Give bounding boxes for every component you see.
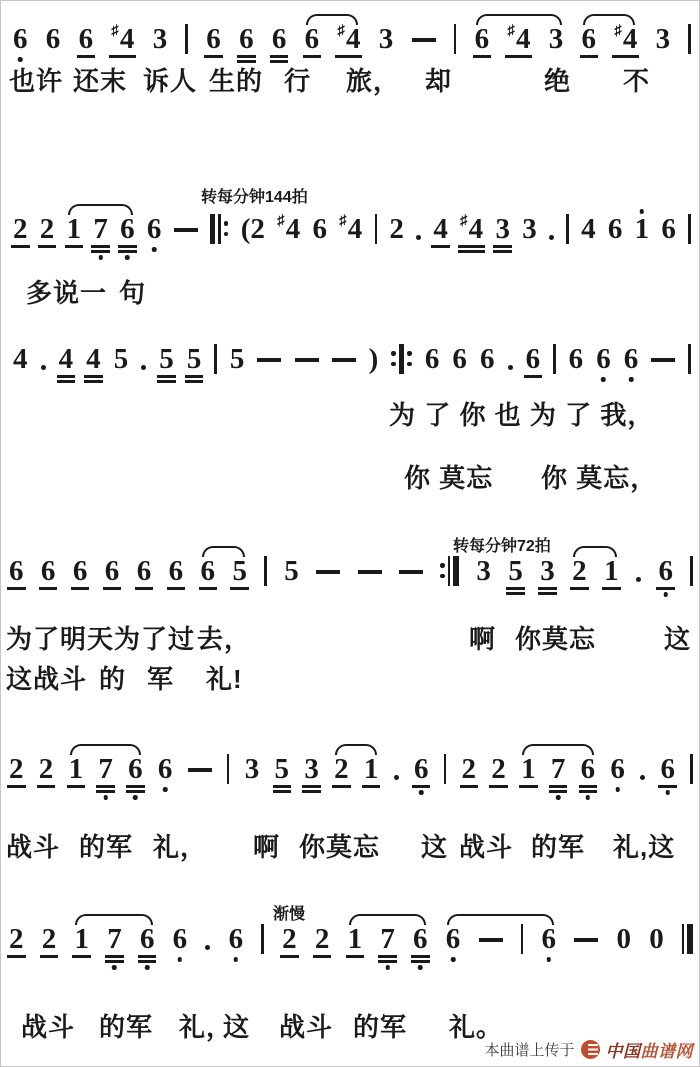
- note-number: 1: [69, 753, 84, 785]
- beam-underline: [118, 245, 137, 248]
- lyric-segment: 你 莫忘，: [541, 458, 657, 495]
- music-line-5: 2217663532162217666: [9, 753, 693, 795]
- beam-underline: [612, 55, 639, 58]
- note-number: 4: [433, 213, 448, 245]
- note-number: 5: [284, 555, 299, 587]
- low-octave-dot: [418, 965, 423, 970]
- low-octave-dot: [103, 795, 108, 800]
- note-token: 2: [9, 753, 24, 785]
- lyric-segment: 去，: [197, 619, 251, 656]
- beam-underline: [538, 587, 557, 590]
- repeat-dots: [224, 221, 229, 236]
- note-token: 6: [660, 753, 675, 785]
- note-number: 2: [39, 753, 54, 785]
- beam-underline: [378, 955, 397, 958]
- beam-underline: [157, 375, 176, 378]
- note-number: 7: [93, 213, 108, 245]
- beam-underline: [579, 785, 598, 788]
- low-octave-dot: [601, 377, 606, 382]
- augmentation-dot: [549, 235, 554, 240]
- note-number: 6: [206, 23, 221, 55]
- beam-underline: [489, 785, 508, 788]
- note-number: 6: [169, 555, 184, 587]
- beam-underline: [473, 55, 492, 58]
- note-token: 5: [275, 753, 290, 785]
- note-number: 6: [541, 923, 556, 955]
- low-octave-dot: [125, 255, 130, 260]
- low-octave-dot: [419, 790, 424, 795]
- note-number: 6: [624, 343, 639, 375]
- beam-underline: [302, 790, 321, 793]
- note-token: 6: [446, 923, 461, 955]
- beam-underline: [7, 955, 26, 958]
- note-token: (2: [241, 213, 265, 245]
- lyric-segment: 这: [223, 1007, 250, 1044]
- note-token: 7: [551, 753, 566, 785]
- beam-underline: [84, 380, 103, 383]
- note-number: 6: [272, 23, 287, 55]
- lyric-segment: 旅，: [346, 61, 400, 98]
- note-token: 6: [425, 343, 440, 375]
- beam-underline: [204, 55, 223, 58]
- beam-underline: [11, 245, 30, 248]
- beam-underline: [7, 785, 26, 788]
- beam-underline: [135, 587, 154, 590]
- barline: [553, 344, 556, 374]
- note-token: 2: [39, 753, 54, 785]
- beam-underline: [96, 785, 115, 788]
- low-octave-dot: [178, 957, 183, 962]
- note-token: 5: [230, 343, 245, 375]
- sheet-music-page: 本曲谱上传于 中国曲谱网 666♯436666♯436♯436♯43221766…: [0, 0, 700, 1067]
- barline: [688, 214, 691, 244]
- note-number: 2: [491, 753, 506, 785]
- low-octave-dot: [234, 957, 239, 962]
- note-number: 5: [232, 555, 247, 587]
- lyric-segment: 这战斗: [6, 659, 87, 696]
- lyric-segment: 的军: [99, 1007, 153, 1044]
- note-token: 6: [105, 555, 120, 587]
- note-token: 6: [526, 343, 541, 375]
- low-octave-dot: [451, 957, 456, 962]
- beam-underline: [126, 790, 145, 793]
- barline: [261, 924, 264, 954]
- beam-underline: [77, 55, 96, 58]
- note-number: 6: [608, 213, 623, 245]
- note-token: ♯4: [507, 23, 530, 55]
- tie-arc: [306, 14, 358, 25]
- beam-underline: [40, 955, 59, 958]
- duration-dash: [316, 570, 340, 574]
- note-number: 2: [9, 923, 24, 955]
- beam-underline: [67, 785, 86, 788]
- note-number: 1: [521, 753, 536, 785]
- note-number: 3: [495, 213, 510, 245]
- note-number: 7: [551, 753, 566, 785]
- high-octave-dot: [640, 209, 645, 214]
- lyric-segment: 句: [119, 273, 146, 310]
- note-token: 2: [282, 923, 297, 955]
- note-token: 2: [13, 213, 28, 245]
- note-number: 2: [462, 753, 477, 785]
- note-token: 7: [98, 753, 113, 785]
- barline: [454, 24, 457, 54]
- augmentation-dot: [205, 945, 210, 950]
- note-token: 5: [232, 555, 247, 587]
- note-token: 5: [159, 343, 174, 375]
- note-token: 6: [569, 343, 584, 375]
- tie-arc: [335, 744, 377, 755]
- augmentation-dot: [416, 235, 421, 240]
- note-number: 6: [13, 23, 28, 55]
- note-number: 1: [67, 213, 82, 245]
- note-number: 1: [364, 753, 379, 785]
- beam-underline: [538, 592, 557, 595]
- thin-barline: [682, 924, 685, 954]
- note-token: 6: [158, 753, 173, 785]
- note-token: 3: [549, 23, 564, 55]
- low-octave-dot: [145, 965, 150, 970]
- augmentation-dot: [640, 775, 645, 780]
- beam-underline: [185, 380, 204, 383]
- barline: [690, 556, 693, 586]
- note-number: 4: [516, 23, 531, 55]
- tie-arc: [476, 14, 562, 25]
- low-octave-dot: [385, 965, 390, 970]
- sharp-icon: ♯: [339, 214, 347, 229]
- lyric-segment: 这: [421, 827, 448, 864]
- beam-underline: [411, 960, 430, 963]
- note-number: 2: [40, 213, 55, 245]
- lyric-segment: 礼，: [153, 827, 207, 864]
- lyric-segment: 战斗: [21, 1007, 75, 1044]
- beam-underline: [303, 55, 322, 58]
- note-number: 2: [9, 753, 24, 785]
- lyric-segment: 你莫忘: [515, 619, 596, 656]
- beam-underline: [96, 790, 115, 793]
- beam-underline: [109, 55, 136, 58]
- lyric-segment: 为 了 你 也 为 了 我，: [389, 395, 654, 432]
- note-token: 6: [480, 343, 495, 375]
- lyric-segment: 的: [99, 659, 126, 696]
- note-number: 6: [581, 753, 596, 785]
- note-number: 4: [346, 23, 361, 55]
- note-number: 5: [508, 555, 523, 587]
- beam-underline: [458, 250, 485, 253]
- duration-dash: [174, 228, 198, 232]
- barline: [688, 24, 691, 54]
- note-number: 4: [469, 213, 484, 245]
- note-token: 6: [596, 343, 611, 375]
- barline: [214, 344, 217, 374]
- note-token: 5: [114, 343, 129, 375]
- note-token: 4: [13, 343, 28, 375]
- beam-underline: [199, 587, 218, 590]
- note-token: 0: [649, 923, 664, 955]
- note-token: 6: [120, 213, 135, 245]
- note-number: 4: [120, 23, 135, 55]
- low-octave-dot: [152, 247, 157, 252]
- repeat-dots: [440, 563, 445, 578]
- note-token: 6: [13, 23, 28, 55]
- note-number: 6: [158, 753, 173, 785]
- note-number: 6: [596, 343, 611, 375]
- barline: [566, 214, 569, 244]
- note-token: 6: [79, 23, 94, 55]
- beam-underline: [273, 785, 292, 788]
- note-token: 6: [206, 23, 221, 55]
- note-number: 5: [275, 753, 290, 785]
- note-token: 3: [153, 23, 168, 55]
- beam-underline: [105, 955, 124, 958]
- note-number: 3: [522, 213, 537, 245]
- note-token: 6: [661, 213, 676, 245]
- note-number: 2: [315, 923, 330, 955]
- note-number: 6: [413, 923, 428, 955]
- note-number: 6: [569, 343, 584, 375]
- note-token: ♯4: [460, 213, 483, 245]
- beam-underline: [519, 785, 538, 788]
- note-token: 6: [169, 555, 184, 587]
- beam-underline: [493, 250, 512, 253]
- beam-underline: [270, 55, 289, 58]
- beam-underline: [493, 245, 512, 248]
- note-number: 6: [79, 23, 94, 55]
- note-number: 5: [230, 343, 245, 375]
- beam-underline: [138, 955, 157, 958]
- note-token: 2: [9, 923, 24, 955]
- note-token: 6: [414, 753, 429, 785]
- lyric-segment: 行: [284, 61, 311, 98]
- beam-underline: [658, 785, 677, 788]
- note-number: 0: [649, 923, 664, 955]
- barline: [375, 214, 378, 244]
- note-token: 2: [315, 923, 330, 955]
- beam-underline: [118, 250, 137, 253]
- note-number: 5: [159, 343, 174, 375]
- note-number: 1: [604, 555, 619, 587]
- music-line-3: 4445555)6666666: [13, 343, 691, 385]
- repeat-dot: [440, 574, 445, 579]
- note-token: 6: [239, 23, 254, 55]
- duration-dash: [412, 38, 436, 42]
- note-token: 6: [541, 923, 556, 955]
- note-token: 6: [140, 923, 155, 955]
- augmentation-dot: [141, 365, 146, 370]
- note-token: 6: [41, 555, 56, 587]
- note-number: 4: [623, 23, 638, 55]
- note-token: 6: [312, 213, 327, 245]
- beam-underline: [37, 785, 56, 788]
- tie-arc: [522, 744, 594, 755]
- beam-underline: [105, 960, 124, 963]
- beam-underline: [38, 245, 57, 248]
- sharp-icon: ♯: [337, 24, 345, 39]
- barline: [688, 344, 691, 374]
- note-token: 5: [284, 555, 299, 587]
- note-token: 3: [245, 753, 260, 785]
- lyric-segment: 这: [664, 619, 691, 656]
- tie-arc: [202, 546, 245, 557]
- note-token: 1: [67, 213, 82, 245]
- note-number: 6: [312, 213, 327, 245]
- tie-arc: [573, 546, 617, 557]
- note-number: 2: [13, 213, 28, 245]
- note-token: 2: [42, 923, 57, 955]
- note-number: 6: [105, 555, 120, 587]
- repeat-dot: [224, 221, 229, 226]
- note-token: 7: [107, 923, 122, 955]
- lyric-segment: 不: [623, 61, 650, 98]
- note-token: 3: [540, 555, 555, 587]
- barline: [227, 754, 230, 784]
- low-octave-dot: [629, 377, 634, 382]
- note-number: 6: [475, 23, 490, 55]
- note-number: 6: [140, 923, 155, 955]
- note-number: 6: [610, 753, 625, 785]
- note-number: 2: [334, 753, 349, 785]
- note-token: 4: [59, 343, 74, 375]
- note-number: 3: [476, 555, 491, 587]
- thick-barline: [453, 556, 459, 586]
- note-token: 6: [610, 753, 625, 785]
- thin-barline: [218, 214, 221, 244]
- site-name-part2: 曲谱网: [641, 1042, 694, 1061]
- note-number: 1: [348, 923, 363, 955]
- beam-underline: [230, 587, 249, 590]
- note-token: 6: [272, 23, 287, 55]
- sharp-icon: ♯: [507, 24, 515, 39]
- note-token: 0: [616, 923, 631, 955]
- lyric-segment: 的军: [79, 827, 133, 864]
- note-number: 6: [41, 555, 56, 587]
- note-token: 6: [582, 23, 597, 55]
- beam-underline: [57, 375, 76, 378]
- beam-underline: [412, 785, 431, 788]
- note-number: 6: [137, 555, 152, 587]
- beam-underline: [157, 380, 176, 383]
- note-token: 6: [413, 923, 428, 955]
- note-number: 3: [379, 23, 394, 55]
- note-token: 3: [476, 555, 491, 587]
- sharp-icon: ♯: [614, 24, 622, 39]
- note-token: 6: [229, 923, 244, 955]
- note-token: 6: [147, 213, 162, 245]
- note-token: ): [369, 343, 379, 375]
- note-number: 6: [446, 923, 461, 955]
- beam-underline: [72, 955, 91, 958]
- beam-underline: [505, 55, 532, 58]
- beam-underline: [346, 955, 365, 958]
- beam-underline: [126, 785, 145, 788]
- note-number: 6: [173, 923, 188, 955]
- beam-underline: [458, 245, 485, 248]
- note-number: 1: [635, 213, 650, 245]
- note-token: 2: [334, 753, 349, 785]
- beam-underline: [332, 785, 351, 788]
- note-number: 4: [348, 213, 363, 245]
- note-token: 6: [128, 753, 143, 785]
- duration-dash: [188, 768, 212, 772]
- note-token: 1: [69, 753, 84, 785]
- repeat-open-barline: [210, 213, 229, 244]
- tie-arc: [583, 14, 635, 25]
- note-number: 7: [380, 923, 395, 955]
- tempo-mark: 渐慢: [273, 901, 305, 924]
- note-number: 3: [304, 753, 319, 785]
- beam-underline: [411, 955, 430, 958]
- note-token: 4: [86, 343, 101, 375]
- beam-underline: [91, 250, 110, 253]
- beam-underline: [65, 245, 84, 248]
- note-number: 3: [549, 23, 564, 55]
- beam-underline: [656, 587, 675, 590]
- note-token: ♯4: [614, 23, 637, 55]
- note-token: 7: [93, 213, 108, 245]
- sharp-icon: ♯: [277, 214, 285, 229]
- note-token: 1: [521, 753, 536, 785]
- tie-arc: [75, 914, 153, 925]
- beam-underline: [431, 245, 450, 248]
- beam-underline: [362, 785, 381, 788]
- beam-underline: [506, 587, 525, 590]
- beam-underline: [167, 587, 186, 590]
- music-line-2: 221766(2♯46♯424♯4334616: [13, 213, 691, 255]
- duration-dash: [358, 570, 382, 574]
- note-token: 2: [389, 213, 404, 245]
- note-number: 6: [128, 753, 143, 785]
- beam-underline: [91, 245, 110, 248]
- final-barline: [682, 923, 693, 954]
- note-number: 2: [389, 213, 404, 245]
- note-token: 2: [491, 753, 506, 785]
- duration-dash: [399, 570, 423, 574]
- low-octave-dot: [556, 795, 561, 800]
- note-token: 1: [348, 923, 363, 955]
- augmentation-dot: [394, 775, 399, 780]
- note-number: 2: [572, 555, 587, 587]
- note-token: 3: [304, 753, 319, 785]
- note-token: 6: [452, 343, 467, 375]
- note-token: 3: [656, 23, 671, 55]
- lyric-segment: 礼,这: [613, 827, 675, 864]
- note-token: 6: [305, 23, 320, 55]
- repeat-close-open-barline: [391, 343, 412, 374]
- low-octave-dot: [665, 790, 670, 795]
- repeat-dot: [391, 362, 396, 367]
- low-octave-dot: [663, 592, 668, 597]
- lyric-segment: 也许: [9, 61, 63, 98]
- duration-dash: [574, 938, 598, 942]
- note-token: 6: [73, 555, 88, 587]
- note-token: 6: [475, 23, 490, 55]
- note-number: 4: [59, 343, 74, 375]
- note-number: 6: [661, 213, 676, 245]
- beam-underline: [460, 785, 479, 788]
- note-token: 7: [380, 923, 395, 955]
- beam-underline: [570, 587, 589, 590]
- barline: [690, 754, 693, 784]
- repeat-dot: [407, 351, 412, 356]
- low-octave-dot: [98, 255, 103, 260]
- beam-underline: [302, 785, 321, 788]
- beam-underline: [313, 955, 332, 958]
- note-token: 6: [581, 753, 596, 785]
- note-token: 3: [522, 213, 537, 245]
- note-token: 3: [379, 23, 394, 55]
- low-octave-dot: [615, 787, 620, 792]
- note-token: 4: [433, 213, 448, 245]
